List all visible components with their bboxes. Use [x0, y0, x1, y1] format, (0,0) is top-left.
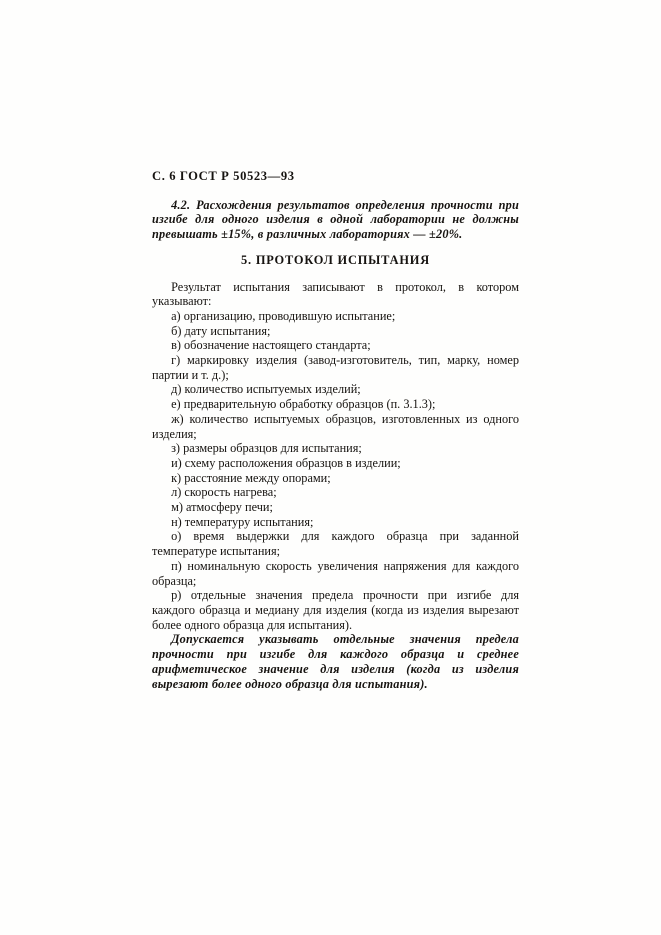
list-item: з) размеры образцов для испытания;: [152, 441, 519, 456]
list-item: п) номинальную скорость увеличения напря…: [152, 559, 519, 588]
list-item: ж) количество испытуемых образцов, изгот…: [152, 412, 519, 441]
list-item: д) количество испытуемых изделий;: [152, 382, 519, 397]
list-item: м) атмосферу печи;: [152, 500, 519, 515]
list-item: б) дату испытания;: [152, 324, 519, 339]
list-item: о) время выдержки для каждого образца пр…: [152, 529, 519, 558]
list-item: е) предварительную обработку образцов (п…: [152, 397, 519, 412]
list-item: г) маркировку изделия (завод-изготовител…: [152, 353, 519, 382]
running-head: С. 6 ГОСТ Р 50523—93: [152, 169, 519, 184]
list-item: а) организацию, проводившую испытание;: [152, 309, 519, 324]
list-item: к) расстояние между опорами;: [152, 471, 519, 486]
page-content: С. 6 ГОСТ Р 50523—93 4.2. Расхождения ре…: [152, 169, 519, 691]
list-item: и) схему расположения образцов в изделии…: [152, 456, 519, 471]
test-report-items-list: а) организацию, проводившую испытание;б)…: [152, 309, 519, 632]
list-item: н) температуру испытания;: [152, 515, 519, 530]
list-item: р) отдельные значения предела прочности …: [152, 588, 519, 632]
closing-note-paragraph: Допускается указывать отдельные значения…: [152, 632, 519, 691]
list-item: л) скорость нагрева;: [152, 485, 519, 500]
clause-4-2-paragraph: 4.2. Расхождения результатов определения…: [152, 198, 519, 242]
section-5-heading: 5. ПРОТОКОЛ ИСПЫТАНИЯ: [152, 253, 519, 268]
section-5-intro: Результат испытания записывают в протоко…: [152, 280, 519, 309]
list-item: в) обозначение настоящего стандарта;: [152, 338, 519, 353]
document-page: С. 6 ГОСТ Р 50523—93 4.2. Расхождения ре…: [0, 0, 661, 935]
